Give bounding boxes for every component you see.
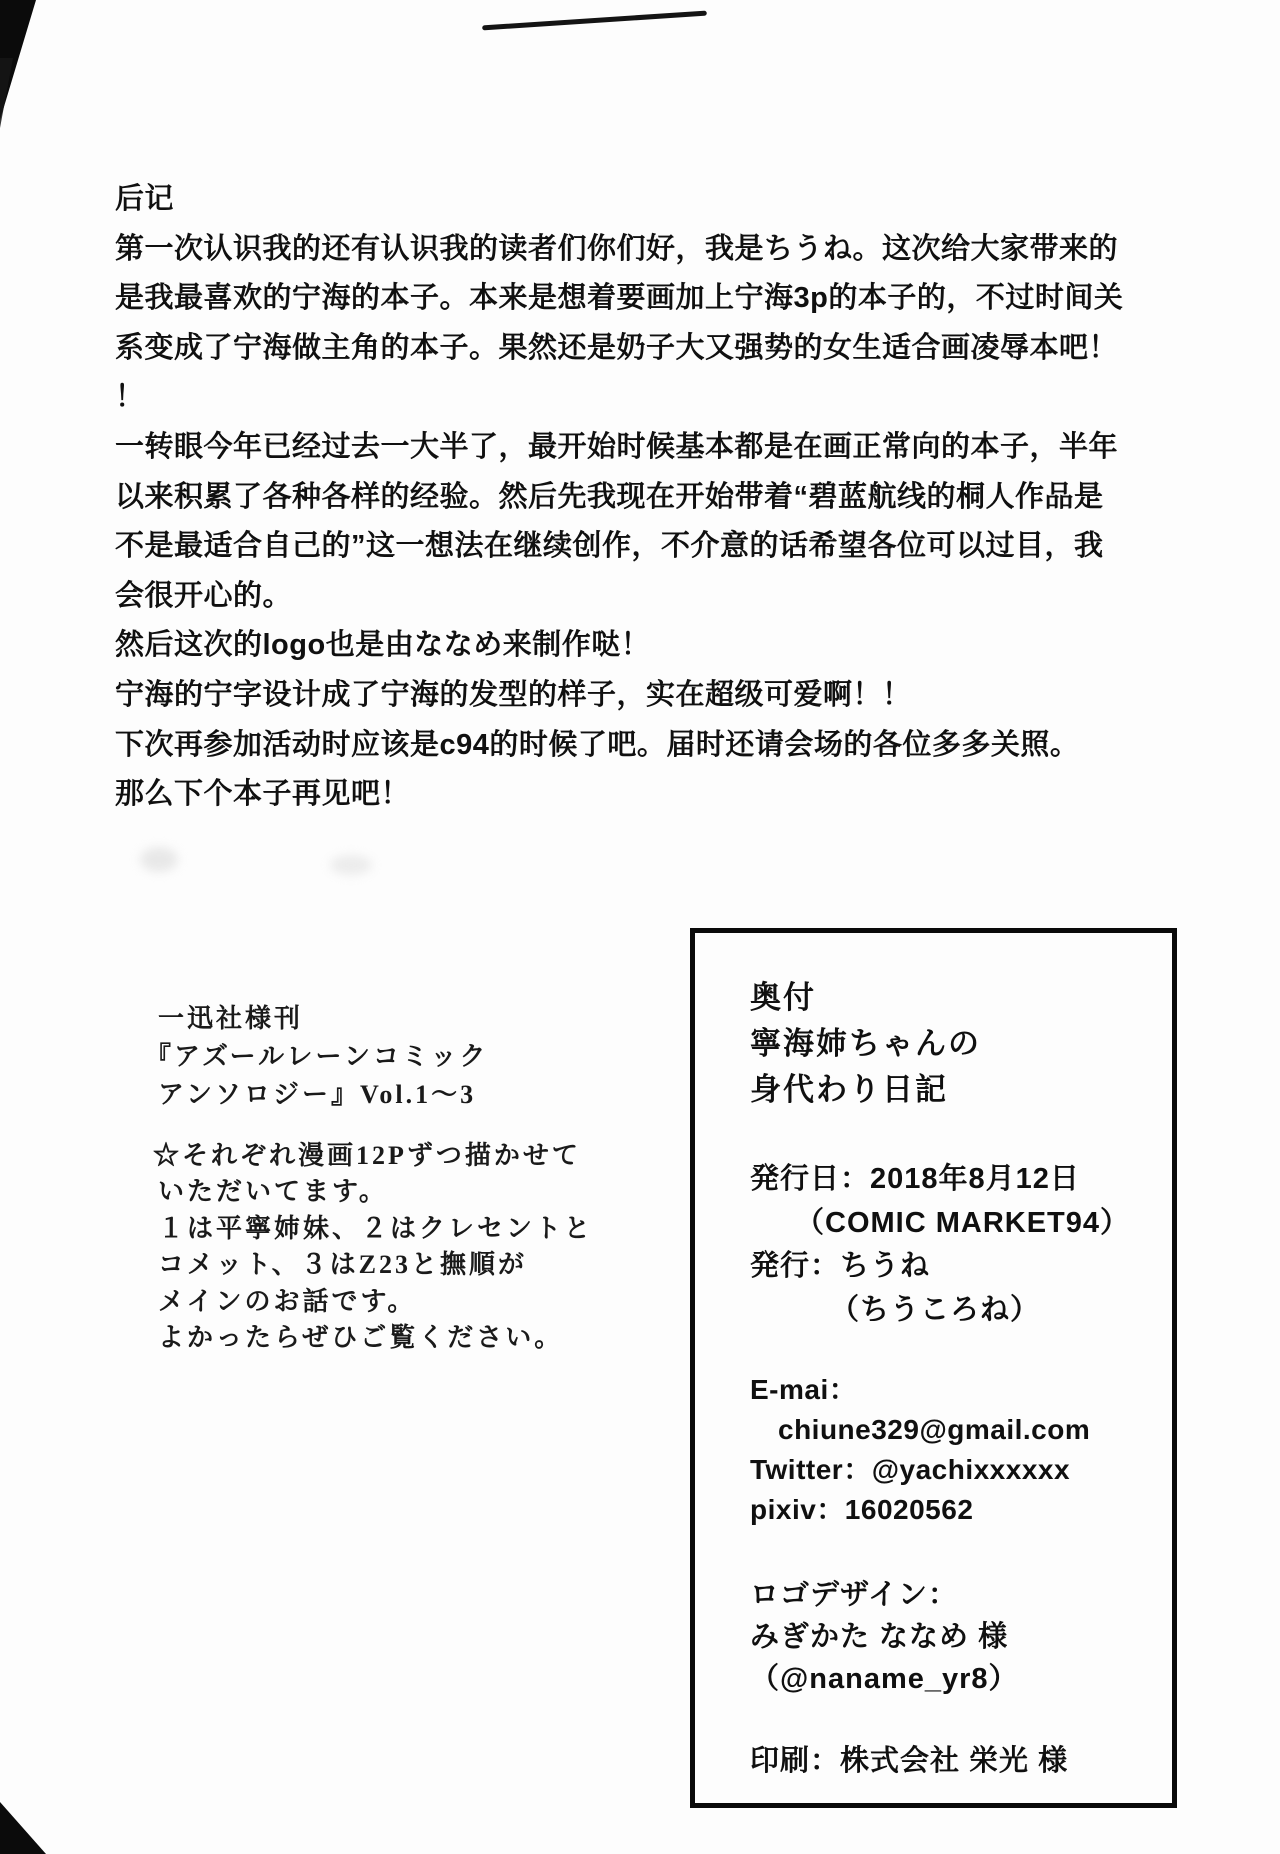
publisher-name-line: 発行：ちうね [750, 1245, 1172, 1289]
publisher-detail-line: よかったらぜひご覧ください。 [158, 1320, 638, 1356]
book-title-line: 寧海姉ちゃんの [750, 1021, 1172, 1067]
publisher-detail-line: ☆それぞれ漫画12Pずつ描かせて [153, 1138, 638, 1174]
afterword-line: 那么下个本子再见吧！ [115, 770, 1165, 820]
publisher-serial-line: 『アズールレーンコミック [145, 1038, 638, 1076]
publication-date-line: 発行日：2018年8月12日 [750, 1158, 1172, 1202]
publisher-note-section: 一迅社様刊 『アズールレーンコミック アンソロジー』Vol.1～3 ☆それぞれ漫… [158, 1000, 638, 1356]
afterword-line: 是我最喜欢的宁海的本子。本来是想着要画加上宁海3p的本子的，不过时间关 [115, 274, 1165, 324]
colophon-title-group: 奥付 寧海姉ちゃんの 身代わり日記 [695, 975, 1172, 1113]
note-spacer [158, 1114, 638, 1138]
publisher-serial-line: アンソロジー』Vol.1～3 [158, 1076, 638, 1114]
colophon-print-group: 印刷：株式会社 栄光 様 [695, 1740, 1172, 1782]
afterword-line: 系变成了宁海做主角的本子。果然还是奶子大又强势的女生适合画凌辱本吧！ [115, 324, 1165, 374]
logo-designer-handle: （@naname_yr8） [750, 1658, 1172, 1700]
colophon-publication-group: 発行日：2018年8月12日 （COMIC MARKET94） 発行：ちうね （… [695, 1158, 1172, 1332]
colophon-box: 奥付 寧海姉ちゃんの 身代わり日記 発行日：2018年8月12日 （COMIC … [690, 928, 1177, 1808]
afterword-line: 不是最适合自己的”这一想法在继续创作，不介意的话希望各位可以过目，我 [115, 522, 1165, 572]
publisher-serial-line: 一迅社様刊 [158, 1000, 638, 1038]
pencil-smudge [140, 847, 178, 872]
afterword-section: 后记 第一次认识我的还有认识我的读者们你们好，我是ちうね。这次给大家带来的 是我… [115, 175, 1165, 820]
scan-corner-artifact-bottom-left [0, 1802, 46, 1854]
afterword-line: 以来积累了各种各样的经验。然后先我现在开始带着“碧蓝航线的桐人作品是 [115, 473, 1165, 523]
email-label-line: E-mai： [750, 1370, 1172, 1410]
publisher-circle-line: （ちうころね） [750, 1289, 1172, 1333]
print-credit-line: 印刷：株式会社 栄光 様 [750, 1740, 1172, 1782]
afterword-line: 会很开心的。 [115, 572, 1165, 622]
afterword-line: 然后这次的logo也是由ななめ来制作哒！ [115, 621, 1165, 671]
publisher-detail-line: いただいてます。 [158, 1174, 638, 1210]
pencil-smudge [330, 855, 372, 875]
publisher-detail-line: メインのお話です。 [158, 1284, 638, 1320]
publication-event-line: （COMIC MARKET94） [750, 1202, 1172, 1246]
colophon-heading: 奥付 [750, 975, 1172, 1021]
afterword-line: 一转眼今年已经过去一大半了，最开始时候基本都是在画正常向的本子，半年 [115, 423, 1165, 473]
afterword-line: ！ [115, 373, 1165, 423]
afterword-line: 下次再参加活动时应该是c94的时候了吧。届时还请会场的各位多多关照。 [115, 721, 1165, 771]
email-address-line: chiune329@gmail.com [750, 1410, 1172, 1450]
scan-streak-line [482, 11, 707, 31]
colophon-logo-credit-group: ロゴデザイン： みぎかた ななめ 様 （@naname_yr8） [695, 1574, 1172, 1700]
publisher-detail-line: コメット、３はZ23と撫順が [158, 1247, 638, 1283]
logo-designer-name: みぎかた ななめ 様 [750, 1616, 1172, 1658]
afterword-line: 第一次认识我的还有认识我的读者们你们好，我是ちうね。这次给大家带来的 [115, 225, 1165, 275]
afterword-heading: 后记 [115, 175, 1165, 225]
publisher-detail-line: １は平寧姉妹、２はクレセントと [158, 1211, 638, 1247]
logo-credit-label: ロゴデザイン： [750, 1574, 1172, 1616]
pixiv-id-line: pixiv：16020562 [750, 1490, 1172, 1530]
scanned-afterword-page: 后记 第一次认识我的还有认识我的读者们你们好，我是ちうね。这次给大家带来的 是我… [0, 0, 1280, 1854]
twitter-handle-line: Twitter：@yachixxxxxx [750, 1450, 1172, 1490]
colophon-contact-group: E-mai： chiune329@gmail.com Twitter：@yach… [695, 1370, 1172, 1530]
afterword-line: 宁海的宁字设计成了宁海的发型的样子，实在超级可爱啊！！ [115, 671, 1165, 721]
book-title-line: 身代わり日記 [750, 1067, 1172, 1113]
